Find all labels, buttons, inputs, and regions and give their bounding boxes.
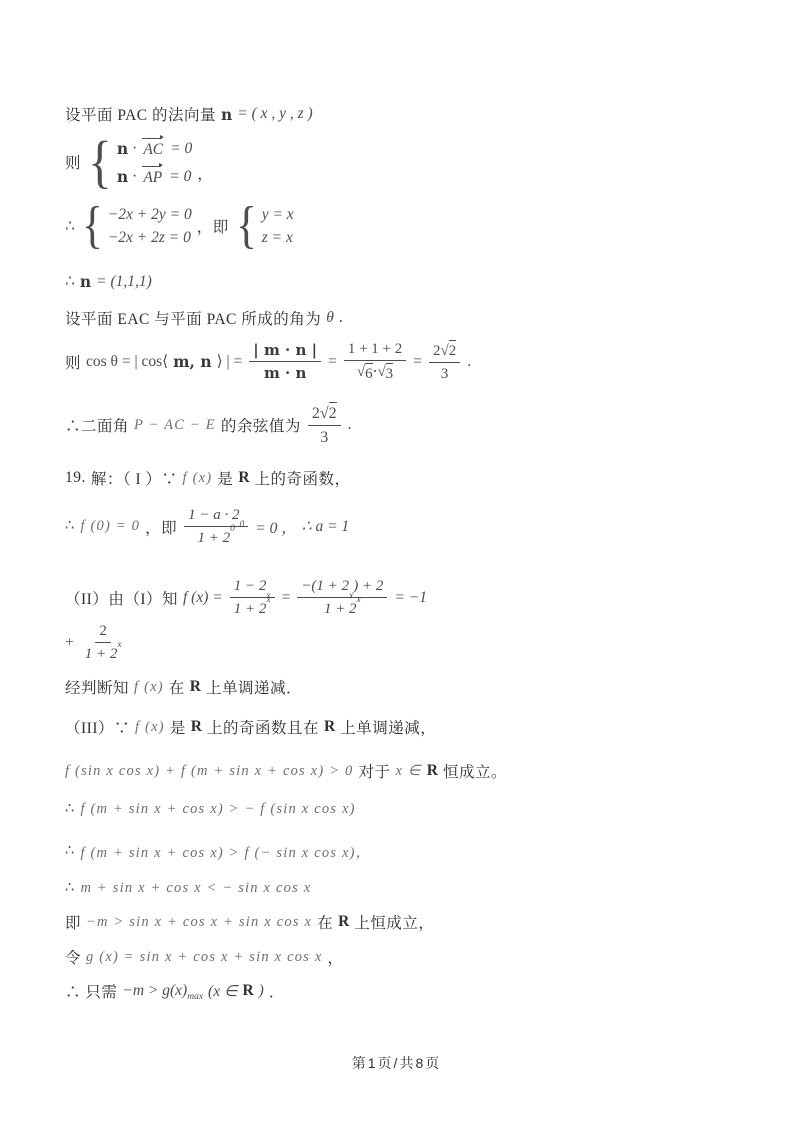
math-text: −m > g(x)	[122, 982, 187, 999]
text-cn: ∴ 只需	[65, 980, 117, 1002]
left-brace: {	[88, 136, 112, 188]
text-cn: 解：（ I ）∵	[91, 467, 178, 489]
plus-sign: +	[65, 634, 74, 652]
math-text: m + sin x + cos x < − sin x cos x	[80, 880, 311, 897]
system-rows: n · AC = 0 n · AP = 0	[117, 134, 192, 190]
math-text: −m > sin x + cos x + sin x cos x	[86, 914, 312, 931]
reals-symbol: R	[238, 469, 249, 487]
text-cn: 的余弦值为	[221, 414, 301, 436]
fraction: 2√2 3	[429, 340, 460, 384]
text-cn: 即	[65, 911, 81, 933]
period: .	[348, 416, 352, 434]
vector-n-symbol: n	[80, 272, 91, 291]
math-text: −m > g(x)max	[122, 982, 203, 1000]
math-text: = ( x , y , z )	[237, 105, 312, 123]
vector-AC: AC	[141, 138, 166, 158]
problem-number: 19.	[65, 469, 86, 487]
line-cosine-computation: 则 cos θ = | cos⟨ m, n ⟩ | = | m · n | m …	[65, 340, 471, 384]
text-cn: 是	[170, 716, 186, 738]
math-text: 1 + 2	[197, 529, 230, 548]
fraction-denominator: √6 ⋅ √3	[353, 361, 397, 384]
radical-sign: √	[320, 404, 329, 424]
math-text: 1 + 2	[85, 645, 118, 664]
vector-AP: AP	[141, 166, 165, 186]
equation-row: n · AC = 0	[117, 138, 192, 158]
line-part3-start: （III）∵ f (x) 是 R 上的奇函数且在 R 上单调递减，	[65, 716, 436, 738]
radical-sign: √	[377, 363, 385, 382]
function-fx: f (x)	[134, 679, 164, 696]
line-final-condition: ∴ 只需 −m > g(x)max (x ∈ R ) ．	[65, 980, 285, 1002]
fraction-numerator: | m · n |	[249, 341, 321, 362]
math-text: −(1 + 2	[301, 577, 349, 596]
therefore-symbol: ∴	[65, 272, 75, 291]
line-inequality-condition: f (sin x cos x) + f (m + sin x + cos x) …	[65, 760, 507, 782]
fraction: 2√2 3	[308, 402, 341, 448]
fraction-denominator: m · n	[260, 362, 310, 383]
math-text: = 0 ，	[255, 516, 296, 538]
text-cn: 在	[317, 911, 333, 933]
math-text: = 0	[169, 168, 191, 185]
line-normal-vector-def: 设平面 PAC 的法向量 n = ( x , y , z )	[65, 103, 313, 125]
line-define-gx: 令 g (x) = sin x + cos x + sin x cos x ，	[65, 946, 343, 968]
radical-sign: √	[357, 363, 365, 382]
line-function-continuation: + 2 1 + 2x	[65, 622, 128, 664]
line-part2-function: （II）由（I）知 f (x) = 1 − 2x 1 + 2x = −(1 + …	[65, 577, 427, 619]
text-cn: 对于	[358, 760, 390, 782]
math-text: f (m + sin x + cos x) > f (− sin x cos x…	[80, 841, 371, 862]
equals-sign: =	[282, 589, 291, 607]
fraction-numerator: 2	[95, 622, 111, 643]
therefore-symbol: ∴	[65, 518, 75, 535]
line-monotonicity: 经判断知 f (x) 在 R 上单调递减．	[65, 676, 302, 698]
text-cn: 设平面 PAC 的法向量	[65, 103, 216, 125]
math-text: ) + 2	[353, 577, 383, 596]
line-rearranged-inequality: 即 −m > sin x + cos x + sin x cos x 在 R 上…	[65, 911, 434, 933]
period: .	[467, 353, 471, 371]
subscript-max: max	[187, 992, 203, 1002]
therefore-symbol: ∴	[65, 801, 75, 818]
text-cn: ∴二面角	[65, 414, 129, 436]
reals-symbol: R	[427, 762, 438, 780]
math-text: = (1,1,1)	[96, 273, 152, 291]
function-fx: f (x) =	[183, 589, 223, 607]
radicand: 3	[386, 363, 394, 384]
coefficient: 2	[312, 404, 320, 424]
equation-row: y = x	[262, 206, 294, 223]
coefficient: 2	[433, 342, 441, 361]
equation-system: { −2x + 2y = 0 −2x + 2z = 0	[80, 203, 192, 250]
dot-operator: ·	[132, 140, 137, 157]
text-cn: 上恒成立，	[354, 911, 434, 933]
text-cn: 则	[65, 151, 81, 173]
equals-sign: =	[413, 353, 422, 371]
math-text: 1 − a · 2	[188, 506, 239, 525]
comma: ，	[197, 162, 213, 184]
function-fx: f (x)	[183, 470, 213, 487]
therefore-symbol: ∴	[65, 217, 75, 236]
system-rows: y = x z = x	[262, 203, 294, 249]
fraction-denominator: 1 + 2x	[81, 643, 126, 664]
line-solved-system: ∴ { −2x + 2y = 0 −2x + 2z = 0 ，即 { y = x…	[65, 203, 294, 250]
math-text: (x ∈	[208, 982, 237, 1001]
fraction: 2 1 + 2x	[81, 622, 126, 664]
radicand: 2	[449, 340, 457, 361]
function-fx: f (x)	[135, 719, 165, 736]
line-normal-vector-result: ∴ n = (1,1,1)	[65, 272, 152, 291]
math-text: cos θ = | cos⟨	[86, 352, 168, 371]
fraction: | m · n | m · n	[249, 341, 321, 383]
equation-row: z = x	[262, 229, 294, 246]
math-text: f (m + sin x + cos x) > − f (sin x cos x…	[80, 801, 355, 818]
vectors-mn: m, n	[173, 352, 211, 371]
fraction-numerator: −(1 + 2x) + 2	[297, 577, 387, 598]
left-brace: {	[236, 203, 257, 250]
fraction-numerator: 1 − a · 20	[184, 506, 248, 527]
math-text: = −1	[394, 589, 427, 607]
line-inequality-step3: ∴ m + sin x + cos x < − sin x cos x	[65, 880, 311, 897]
reals-symbol: R	[191, 718, 202, 736]
equation-row: −2x + 2y = 0	[108, 206, 192, 223]
line-inequality-step2: ∴ f (m + sin x + cos x) > f (− sin x cos…	[65, 841, 371, 862]
text-cn: （III）∵	[65, 716, 130, 738]
radicand: 6	[365, 363, 373, 384]
math-text: f (sin x cos x) + f (m + sin x + cos x) …	[65, 763, 353, 780]
fraction-numerator: 1 + 1 + 2	[344, 340, 406, 361]
text-cn: 上单调递减．	[206, 676, 302, 698]
text-cn: 恒成立。	[443, 760, 507, 782]
radical-sign: √	[441, 342, 449, 361]
text-cn: 设平面 EAC 与平面 PAC 所成的角为	[65, 307, 321, 329]
dihedral-expression: P − AC − E	[134, 417, 216, 434]
fraction-numerator: 2√2	[429, 340, 460, 363]
reals-symbol: R	[190, 678, 201, 696]
system-rows: −2x + 2y = 0 −2x + 2z = 0	[108, 203, 192, 249]
fraction: 1 − a · 20 1 + 20	[184, 506, 248, 548]
reals-symbol: R	[338, 913, 349, 931]
math-text: )	[259, 982, 264, 1000]
fraction-denominator: 1 + 20	[193, 527, 238, 548]
fraction-denominator: 1 + 2x	[230, 598, 275, 619]
therefore-symbol: ∴	[65, 880, 75, 897]
math-text: f (0) = 0	[80, 518, 140, 535]
page-number-text: 第1页/共8页	[352, 1055, 441, 1071]
line-problem-19-start: 19. 解：（ I ）∵ f (x) 是 R 上的奇函数，	[65, 467, 351, 489]
theta-symbol: θ	[326, 309, 334, 327]
text-cn: 则	[65, 351, 81, 373]
vector-n-symbol: n	[117, 140, 128, 157]
line-dihedral-conclusion: ∴二面角 P − AC − E 的余弦值为 2√2 3 .	[65, 402, 351, 448]
therefore-symbol: ∴	[65, 843, 75, 860]
document-page: 设平面 PAC 的法向量 n = ( x , y , z ) 则 { n · A…	[0, 0, 793, 1122]
text-cn: （II）由（I）知	[65, 587, 178, 609]
equation-system: { n · AC = 0 n · AP = 0	[86, 134, 192, 190]
line-inequality-step1: ∴ f (m + sin x + cos x) > − f (sin x cos…	[65, 801, 356, 818]
reals-symbol: R	[324, 718, 335, 736]
math-text: ⟩ | =	[217, 352, 243, 371]
math-text: 1 − 2	[234, 577, 267, 596]
vector-n-symbol: n	[221, 105, 232, 124]
fraction: 1 + 1 + 2 √6 ⋅ √3	[344, 340, 406, 384]
text-cn: 上单调递减，	[340, 716, 436, 738]
line-solve-a: ∴ f (0) = 0 ，即 1 − a · 20 1 + 20 = 0 ， ∴…	[65, 506, 349, 548]
math-text: x ∈	[395, 763, 421, 780]
text-cn: 是	[217, 467, 233, 489]
line-angle-definition: 设平面 EAC 与平面 PAC 所成的角为 θ .	[65, 307, 343, 329]
math-text: = 0	[170, 140, 192, 157]
text-cn: 经判断知	[65, 676, 129, 698]
vector-n-symbol: n	[117, 168, 128, 185]
fraction-denominator: 3	[437, 363, 453, 384]
text-cn: 上的奇函数，	[255, 467, 351, 489]
fraction: −(1 + 2x) + 2 1 + 2x	[297, 577, 387, 619]
math-text: 1 + 2	[234, 600, 267, 619]
math-text: g (x) = sin x + cos x + sin x cos x	[86, 949, 322, 966]
equation-row: −2x + 2z = 0	[108, 229, 192, 246]
fraction-denominator: 3	[316, 426, 332, 448]
text-cn: 令	[65, 946, 81, 968]
equation-row: n · AP = 0	[117, 166, 192, 186]
period: ．	[269, 980, 285, 1002]
fraction: 1 − 2x 1 + 2x	[230, 577, 275, 619]
line-dot-product-system: 则 { n · AC = 0 n · AP = 0 ，	[65, 134, 213, 190]
text-cn: ，即	[197, 215, 229, 237]
period: .	[339, 309, 343, 327]
text-cn: ，即	[145, 516, 177, 538]
fraction-numerator: 2√2	[308, 402, 341, 426]
math-text: 1 + 2	[324, 600, 357, 619]
left-brace: {	[82, 203, 103, 250]
text-cn: 在	[169, 676, 185, 698]
equation-system: { y = x z = x	[234, 203, 294, 250]
math-text: ∴ a = 1	[302, 517, 349, 536]
radicand: 2	[329, 402, 337, 424]
equals-sign: =	[328, 353, 337, 371]
fraction-denominator: 1 + 2x	[320, 598, 365, 619]
text-cn: 上的奇函数且在	[207, 716, 319, 738]
page-footer: 第1页/共8页	[0, 1053, 793, 1073]
reals-symbol: R	[242, 982, 253, 1000]
comma: ，	[327, 946, 343, 968]
dot-operator: ·	[132, 168, 137, 185]
